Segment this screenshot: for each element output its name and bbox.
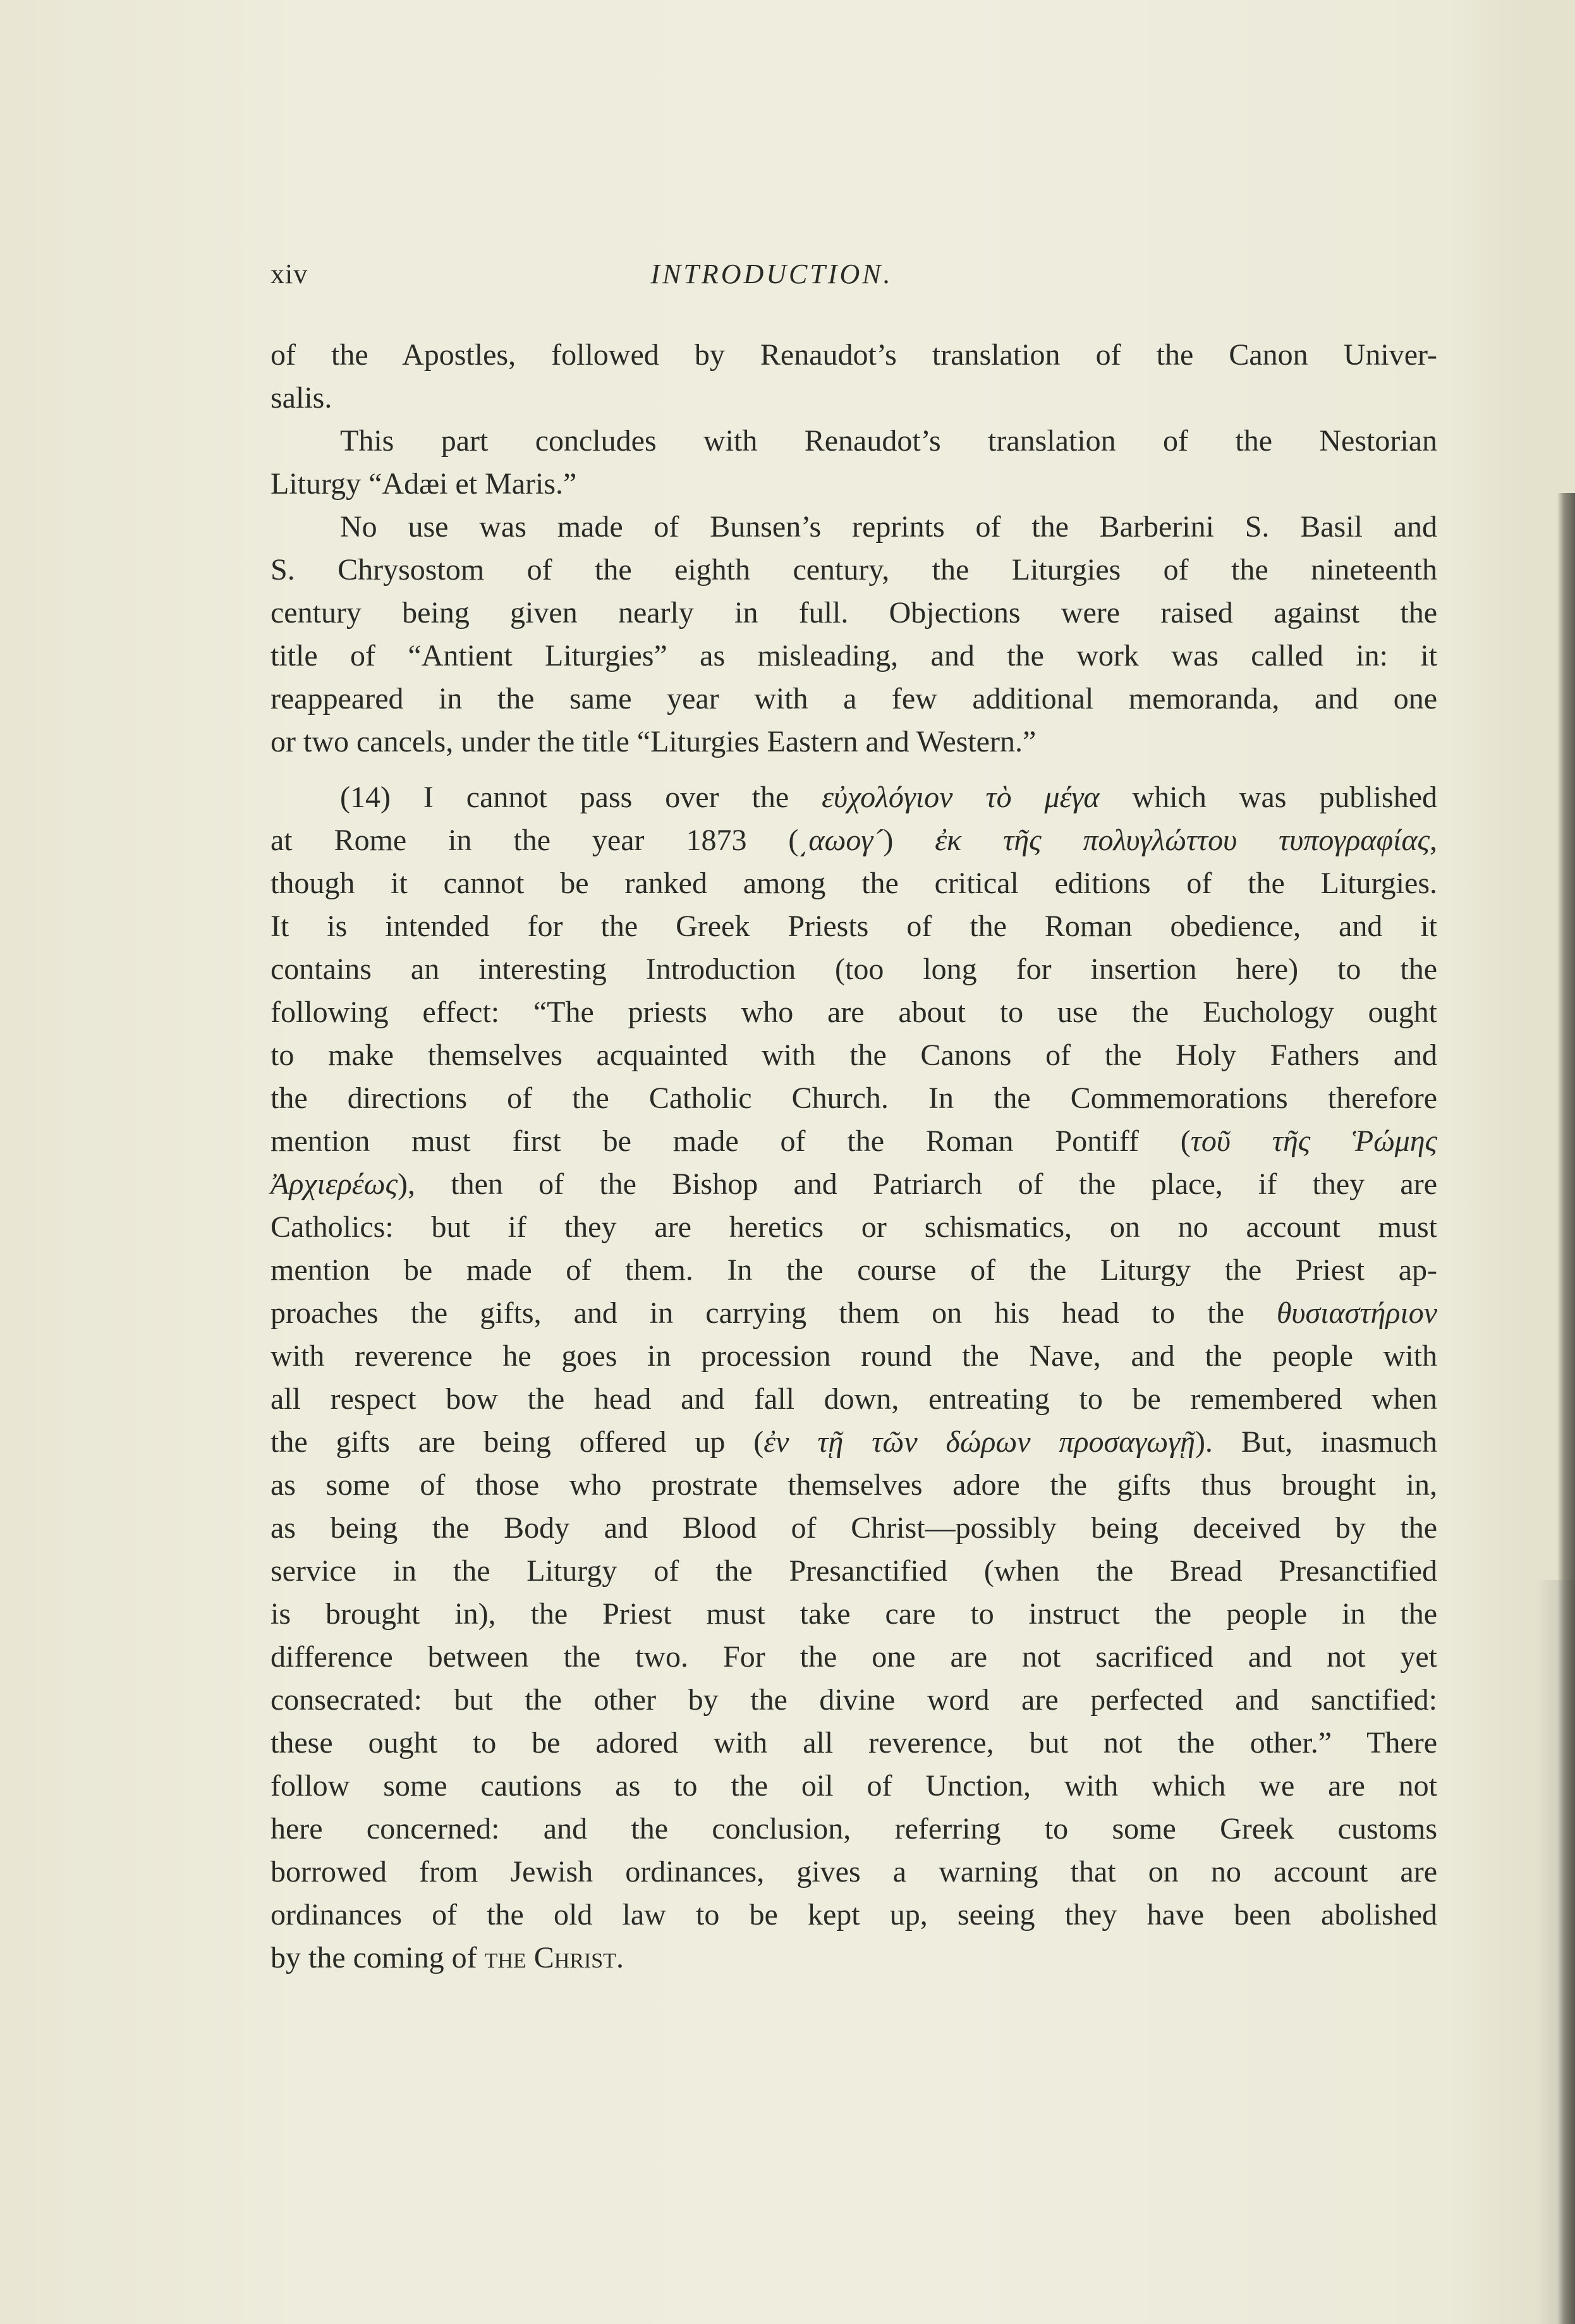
text-line: or two cancels, under the title “Liturgi… [271,721,1437,764]
text-line: borrowed from Jewish ordinances, gives a… [271,1851,1437,1894]
text-line: all respect bow the head and fall down, … [271,1378,1437,1421]
text-run: by the coming of [271,1941,485,1974]
scanned-book-page: xiv INTRODUCTION. of the Apostles, follo… [0,0,1575,2324]
text-run: Liturgy “Adæi et Maris.” [271,467,576,501]
text-run: to make themselves acquainted with the C… [271,1038,1437,1072]
text-run: mention be made of them. In the course o… [271,1253,1437,1287]
text-run: though it cannot be ranked among the cri… [271,867,1437,900]
text-line: as being the Body and Blood of Christ—po… [271,1507,1437,1550]
text-line: Ἀρχιερέως), then of the Bishop and Patri… [271,1163,1437,1206]
text-line: contains an interesting Introduction (to… [271,948,1437,991]
text-line: title of “Antient Liturgies” as misleadi… [271,635,1437,678]
text-line: No use was made of Bunsen’s reprints of … [271,506,1437,549]
text-run: following effect: “The priests who are a… [271,995,1437,1029]
text-run: S. Chrysostom of the eighth century, the… [271,553,1437,587]
text-line: century being given nearly in full. Obje… [271,592,1437,635]
text-run: ) [883,824,935,857]
text-run: mention must first be made of the Roman … [271,1124,1191,1158]
text-line: S. Chrysostom of the eighth century, the… [271,549,1437,592]
text-line: (14) I cannot pass over the εὐχολόγιον τ… [271,776,1437,819]
text-line: with reverence he goes in procession rou… [271,1335,1437,1378]
body-text: of the Apostles, followed by Renaudot’s … [271,334,1437,1980]
text-line: proaches the gifts, and in carrying them… [271,1292,1437,1335]
text-run: reappeared in the same year with a few a… [271,682,1437,715]
text-line: ordinances of the old law to be kept up,… [271,1894,1437,1937]
text-run: consecrated: but the other by the divine… [271,1683,1437,1717]
text-line: to make themselves acquainted with the C… [271,1034,1437,1077]
text-run: which was published [1100,781,1437,814]
text-line: service in the Liturgy of the Presanctif… [271,1550,1437,1593]
text-line: This part concludes with Renaudot’s tran… [271,420,1437,463]
text-line: the directions of the Catholic Church. I… [271,1077,1437,1120]
text-line: difference between the two. For the one … [271,1636,1437,1679]
paragraph: of the Apostles, followed by Renaudot’s … [271,334,1437,420]
page-header: xiv INTRODUCTION. [271,258,1437,302]
text-run: century being given nearly in full. Obje… [271,596,1437,630]
text-run: borrowed from Jewish ordinances, gives a… [271,1855,1437,1889]
text-run: title of “Antient Liturgies” as misleadi… [271,639,1437,672]
text-run: ), then of the Bishop and Patriarch of t… [398,1167,1437,1201]
small-caps-text: the Christ [485,1941,616,1974]
greek-phrase: ἐκ τῆς πολυγλώττου τυπογραφίας [935,824,1430,857]
text-line: the gifts are being offered up (ἐν τῇ τῶ… [271,1421,1437,1464]
text-line: follow some cautions as to the oil of Un… [271,1765,1437,1808]
text-run: It is intended for the Greek Priests of … [271,910,1437,943]
text-line: by the coming of the Christ. [271,1937,1437,1980]
text-run: at Rome in the year 1873 ( [271,824,798,857]
text-run: as being the Body and Blood of Christ—po… [271,1511,1437,1545]
text-line: mention be made of them. In the course o… [271,1249,1437,1292]
text-run: as some of those who prostrate themselve… [271,1468,1437,1502]
text-run: contains an interesting Introduction (to… [271,952,1437,986]
greek-phrase: Ἀρχιερέως [271,1167,398,1201]
text-line: is brought in), the Priest must take car… [271,1593,1437,1636]
text-run: No use was made of Bunsen’s reprints of … [340,510,1437,544]
page-edge-shadow-lower [1537,1580,1575,2324]
text-line: at Rome in the year 1873 (͵αωογ´) ἐκ τῆς… [271,819,1437,862]
text-run: (14) I cannot pass over the [340,781,822,814]
text-run: difference between the two. For the one … [271,1640,1437,1674]
greek-phrase: τοῦ τῆς Ῥώμης [1191,1124,1437,1158]
text-line: It is intended for the Greek Priests of … [271,905,1437,948]
text-run: of the Apostles, followed by Renaudot’s … [271,338,1437,372]
text-run: with reverence he goes in procession rou… [271,1339,1437,1373]
text-run: ordinances of the old law to be kept up,… [271,1898,1437,1932]
greek-phrase: θυσιαστήριον [1277,1296,1437,1330]
text-run: the gifts are being offered up ( [271,1425,763,1459]
text-run: service in the Liturgy of the Presanctif… [271,1554,1437,1588]
text-run: is brought in), the Priest must take car… [271,1597,1437,1631]
text-run: , [1430,824,1437,857]
text-run: the directions of the Catholic Church. I… [271,1081,1437,1115]
text-run: all respect bow the head and fall down, … [271,1382,1437,1416]
text-line: reappeared in the same year with a few a… [271,678,1437,721]
text-line: following effect: “The priests who are a… [271,991,1437,1034]
text-run: ). But, inasmuch [1195,1425,1437,1459]
text-run: Catholics: but if they are heretics or s… [271,1210,1437,1244]
text-line: here concerned: and the conclusion, refe… [271,1808,1437,1851]
text-run: or two cancels, under the title “Liturgi… [271,725,1036,758]
text-run: This part concludes with Renaudot’s tran… [340,424,1437,458]
text-line: as some of those who prostrate themselve… [271,1464,1437,1507]
text-run: salis. [271,381,332,415]
text-line: Catholics: but if they are heretics or s… [271,1206,1437,1249]
text-line: these ought to be adored with all revere… [271,1722,1437,1765]
text-run: proaches the gifts, and in carrying them… [271,1296,1277,1330]
running-title: INTRODUCTION. [188,258,1355,290]
text-line: though it cannot be ranked among the cri… [271,862,1437,905]
greek-phrase: ἐν τῇ τῶν δώρων προσαγωγῇ [763,1425,1195,1459]
paragraph: No use was made of Bunsen’s reprints of … [271,506,1437,764]
text-run: here concerned: and the conclusion, refe… [271,1812,1437,1846]
text-run: follow some cautions as to the oil of Un… [271,1769,1437,1803]
text-line: mention must first be made of the Roman … [271,1120,1437,1163]
text-line: Liturgy “Adæi et Maris.” [271,463,1437,506]
greek-phrase: εὐχολόγιον τὸ μέγα [822,781,1100,814]
text-line: of the Apostles, followed by Renaudot’s … [271,334,1437,377]
text-line: salis. [271,377,1437,420]
paragraph: (14) I cannot pass over the εὐχολόγιον τ… [271,776,1437,1980]
text-run: . [616,1941,624,1974]
text-run: these ought to be adored with all revere… [271,1726,1437,1760]
greek-phrase: ͵αωογ´ [798,824,883,857]
text-line: consecrated: but the other by the divine… [271,1679,1437,1722]
paragraph: This part concludes with Renaudot’s tran… [271,420,1437,506]
